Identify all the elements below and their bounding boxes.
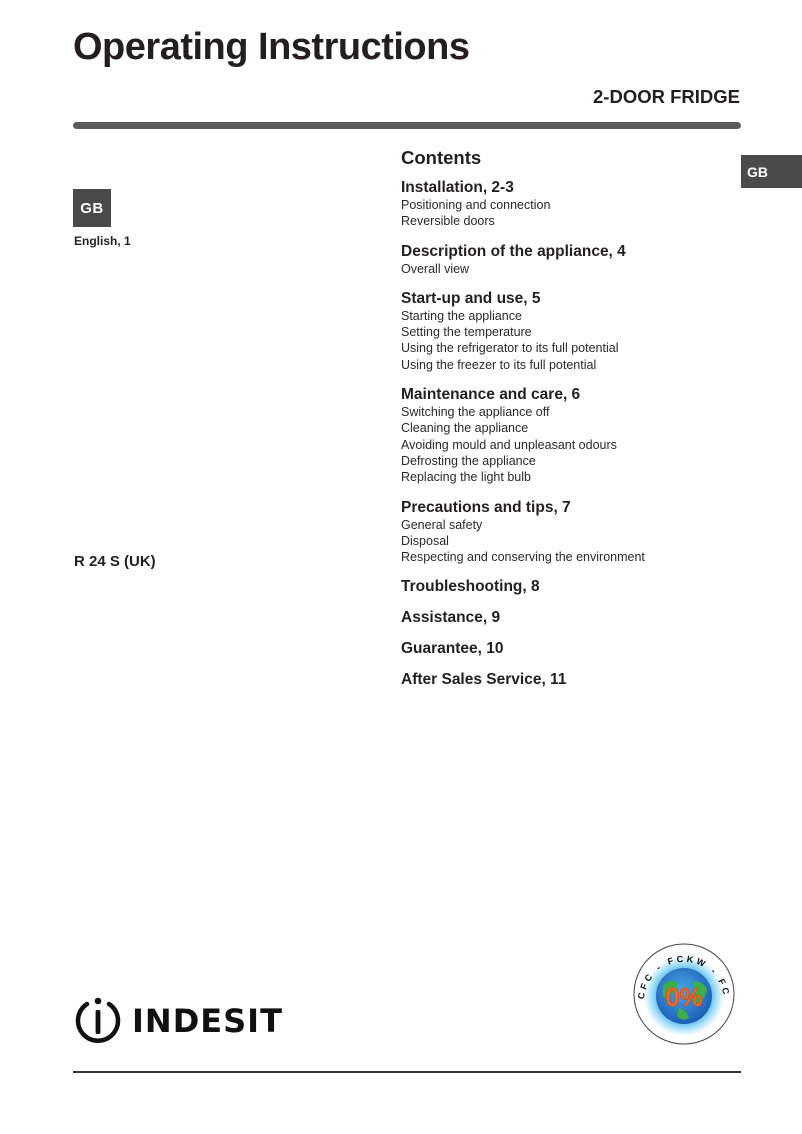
toc-subitem[interactable]: Reversible doors [401, 213, 731, 229]
model-number: R 24 S (UK) [74, 553, 156, 570]
document-title: Operating Instructions [73, 24, 469, 70]
footer-divider [73, 1071, 741, 1073]
toc-subitem[interactable]: Setting the temperature [401, 324, 731, 340]
power-i-icon [72, 995, 124, 1047]
toc-subitem[interactable]: Avoiding mould and unpleasant odours [401, 437, 731, 453]
toc-section-title[interactable]: Description of the appliance, 4 [401, 243, 731, 261]
toc-section: Installation, 2-3Positioning and connect… [401, 179, 731, 230]
toc-section: Start-up and use, 5Starting the applianc… [401, 290, 731, 373]
toc-sections: Installation, 2-3Positioning and connect… [401, 179, 731, 689]
header-divider [73, 122, 741, 129]
toc-subitem[interactable]: Replacing the light bulb [401, 469, 731, 485]
toc-section-title[interactable]: Assistance, 9 [401, 609, 731, 627]
toc-section-title[interactable]: Precautions and tips, 7 [401, 499, 731, 517]
toc-section: Troubleshooting, 8 [401, 578, 731, 596]
toc-subitem[interactable]: Using the freezer to its full potential [401, 357, 731, 373]
language-label[interactable]: English, 1 [74, 234, 131, 248]
toc-subitem[interactable]: Starting the appliance [401, 308, 731, 324]
toc-subitem[interactable]: General safety [401, 517, 731, 533]
toc-subitem[interactable]: Overall view [401, 261, 731, 277]
toc-subitem[interactable]: Switching the appliance off [401, 404, 731, 420]
toc-section-title[interactable]: Guarantee, 10 [401, 640, 731, 658]
language-side-tab: GB [741, 155, 802, 188]
toc-subitem[interactable]: Disposal [401, 533, 731, 549]
toc-section-title[interactable]: Maintenance and care, 6 [401, 386, 731, 404]
svg-text:0%: 0% [665, 982, 703, 1012]
toc-section-title[interactable]: Installation, 2-3 [401, 179, 731, 197]
brand-name: INDESIT [132, 1002, 283, 1040]
toc-section: Maintenance and care, 6Switching the app… [401, 386, 731, 485]
table-of-contents: Contents Installation, 2-3Positioning an… [401, 147, 731, 702]
toc-subitem[interactable]: Cleaning the appliance [401, 420, 731, 436]
brand-logo: INDESIT [72, 995, 283, 1047]
toc-section-title[interactable]: After Sales Service, 11 [401, 671, 731, 689]
toc-subitem[interactable]: Defrosting the appliance [401, 453, 731, 469]
toc-section-title[interactable]: Troubleshooting, 8 [401, 578, 731, 596]
toc-subitem[interactable]: Positioning and connection [401, 197, 731, 213]
contents-heading: Contents [401, 147, 731, 169]
product-type: 2-DOOR FRIDGE [593, 86, 740, 108]
toc-section: Description of the appliance, 4Overall v… [401, 243, 731, 277]
toc-section: After Sales Service, 11 [401, 671, 731, 689]
language-code-box[interactable]: GB [73, 189, 111, 227]
toc-subitem[interactable]: Using the refrigerator to its full poten… [401, 340, 731, 356]
toc-subitem[interactable]: Respecting and conserving the environmen… [401, 549, 731, 565]
toc-section-title[interactable]: Start-up and use, 5 [401, 290, 731, 308]
toc-section: Precautions and tips, 7General safetyDis… [401, 499, 731, 566]
toc-section: Guarantee, 10 [401, 640, 731, 658]
eco-badge-icon: 0% CFC - FCKW - FCK [627, 942, 741, 1046]
toc-section: Assistance, 9 [401, 609, 731, 627]
